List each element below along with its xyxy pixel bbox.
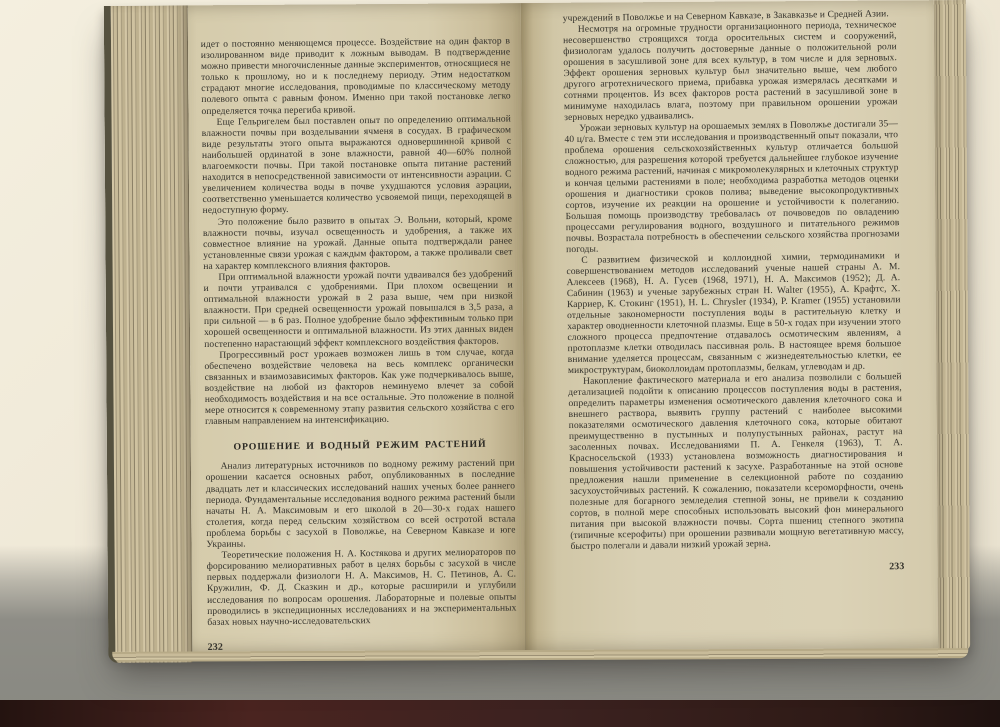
paragraph: Еще Гельригелем был поставлен опыт по оп… xyxy=(202,114,512,217)
right-page-edge-stack xyxy=(934,0,970,650)
page-number-left: 232 xyxy=(208,638,517,653)
paragraph: Анализ литературных источников по водном… xyxy=(206,459,516,551)
paragraph: Несмотря на огромные трудности организац… xyxy=(562,20,897,124)
left-page-edge-stack xyxy=(104,5,193,662)
paragraph: С развитием физической и коллоидной хими… xyxy=(566,251,901,377)
paragraph: идет о постоянно меняющемся процессе. Во… xyxy=(201,36,511,117)
book-photo-scene: идет о постоянно меняющемся процессе. Во… xyxy=(0,0,1000,727)
open-book: идет о постоянно меняющемся процессе. Во… xyxy=(104,0,971,656)
right-page-text: учреждений в Поволжье и на Северном Кавк… xyxy=(520,0,938,577)
paragraph: Накопление фактического материала и его … xyxy=(568,372,904,553)
section-heading: ОРОШЕНИЕ И ВОДНЫЙ РЕЖИМ РАСТЕНИЙ xyxy=(206,439,515,454)
paragraph: Урожаи зерновых культур на орошаемых зем… xyxy=(564,119,900,256)
left-page: идет о постоянно меняющемся процессе. Во… xyxy=(188,3,525,655)
dark-table-strip xyxy=(0,700,1000,727)
paragraph: Это положение было развито в опытах Э. В… xyxy=(203,214,513,273)
left-page-text: идет о постоянно меняющемся процессе. Во… xyxy=(188,3,525,653)
paragraph: При оптимальной влажности урожай почти у… xyxy=(204,269,514,350)
paragraph: Теоретические положения Н. А. Костякова … xyxy=(207,548,517,629)
page-number-right: 233 xyxy=(570,561,904,577)
right-page: учреждений в Поволжье и на Северном Кавк… xyxy=(520,0,938,653)
paragraph: Прогрессивный рост урожаев возможен лишь… xyxy=(205,347,515,428)
